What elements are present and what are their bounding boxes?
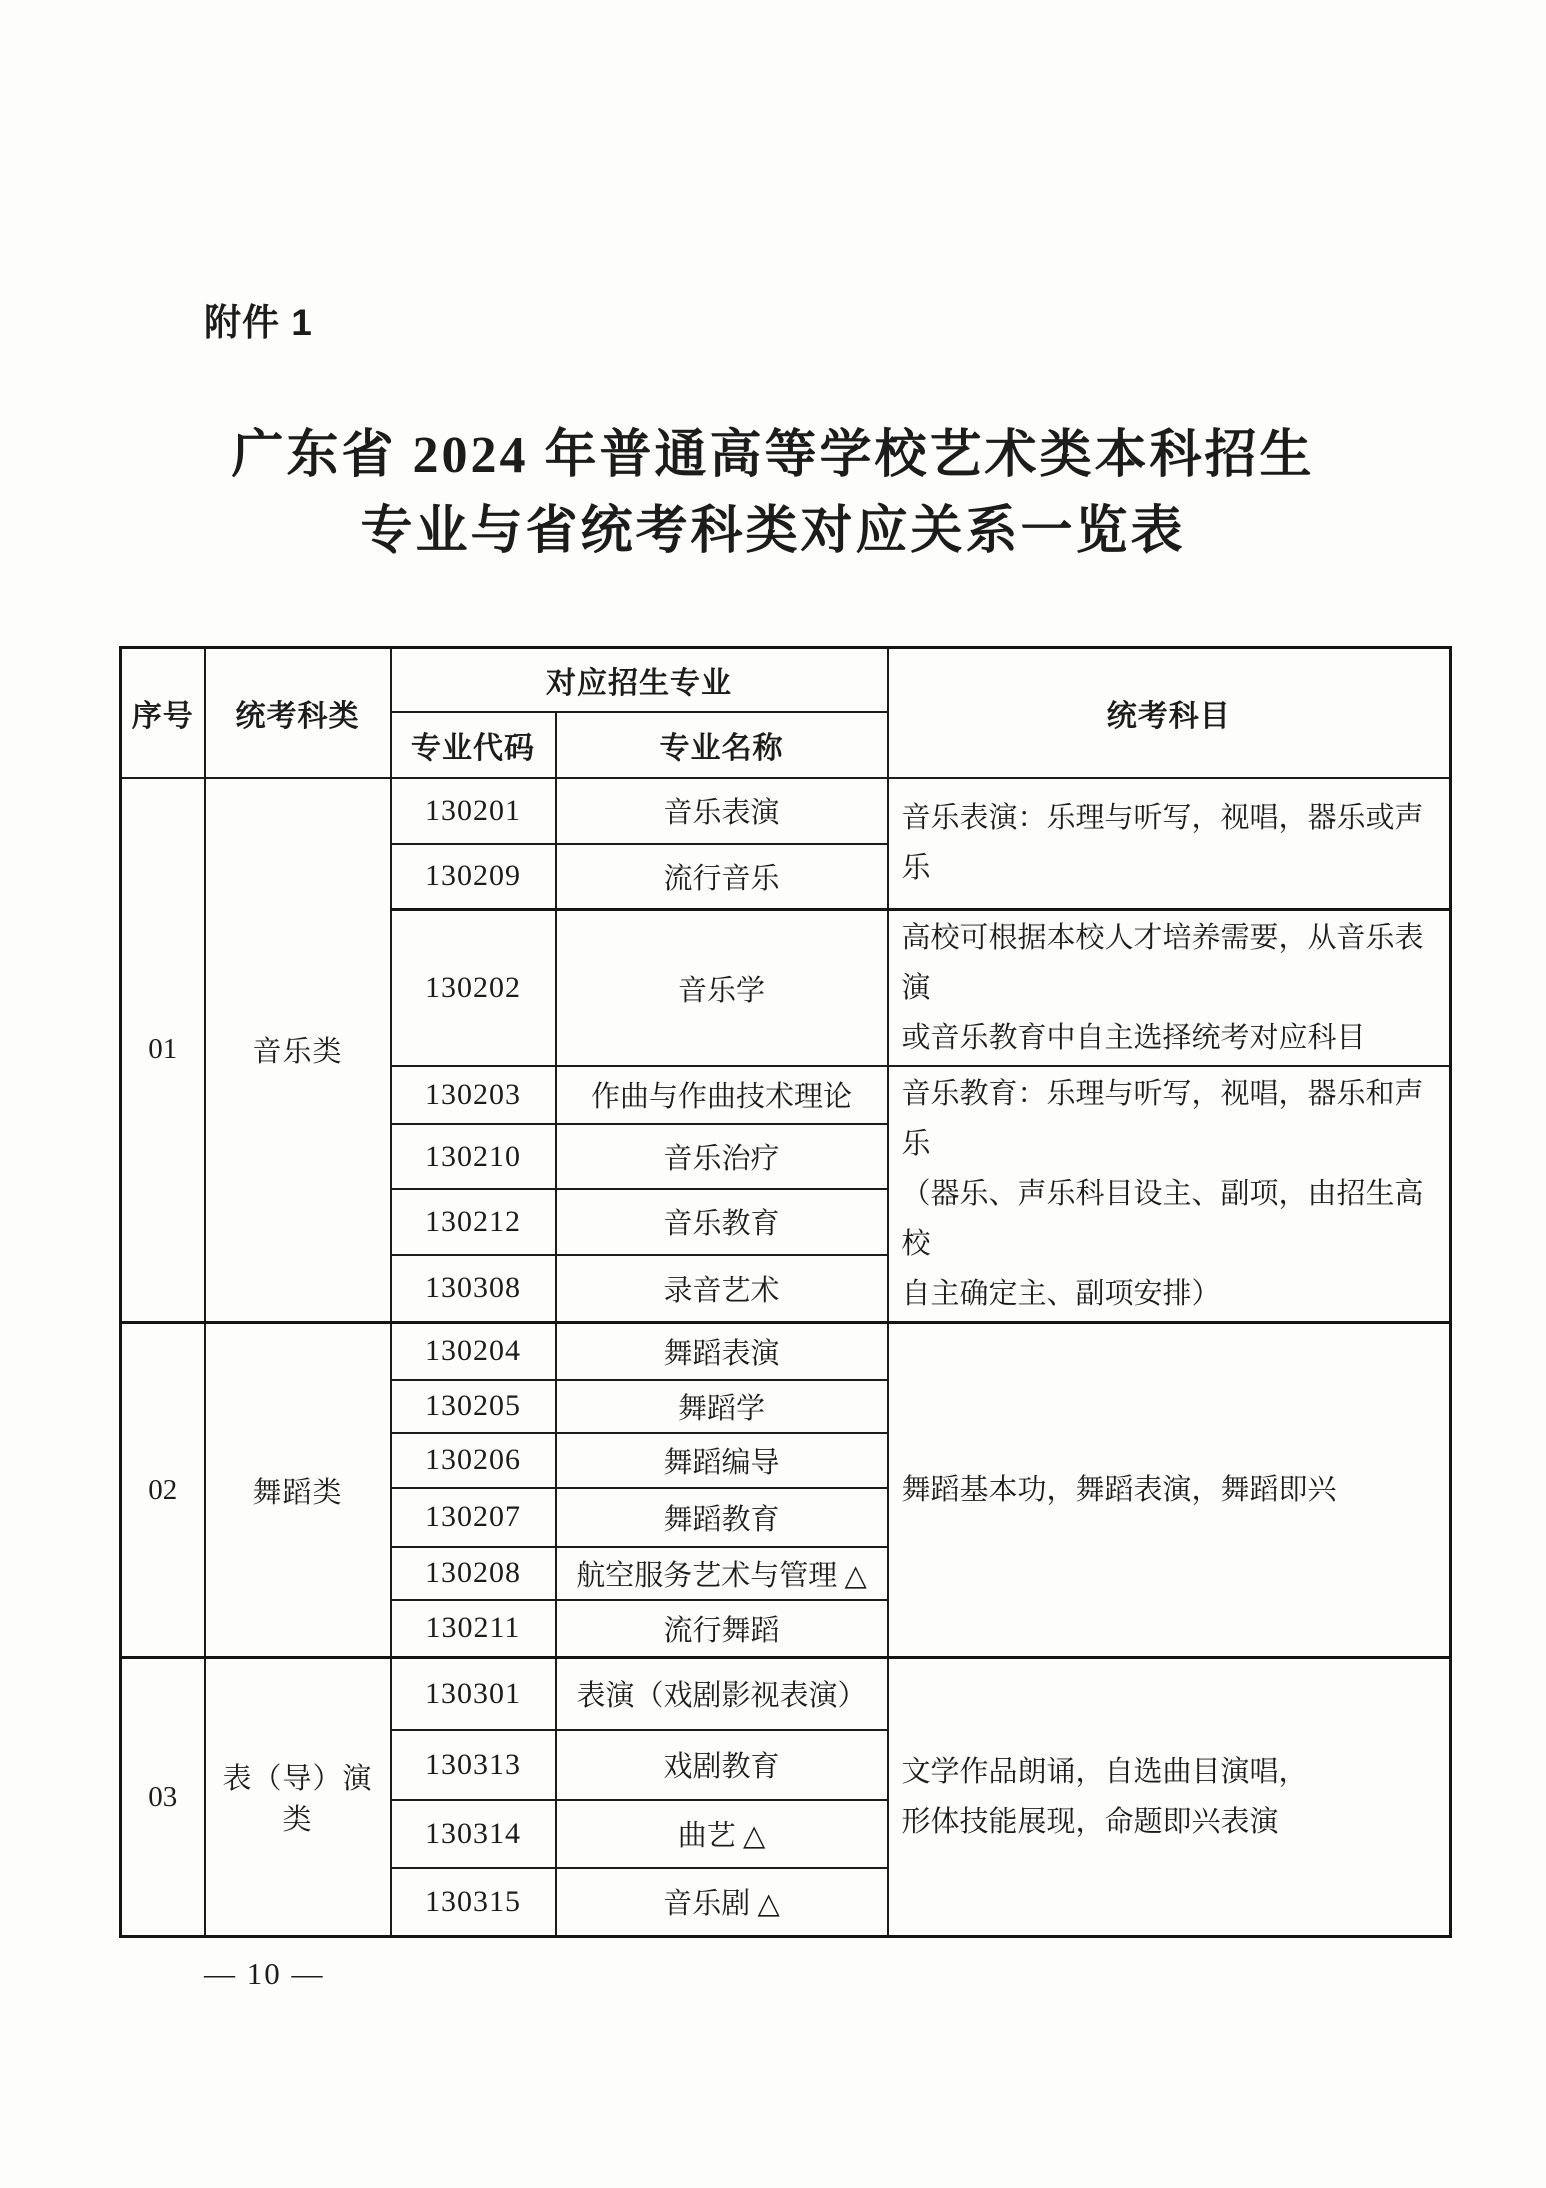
major-name: 音乐表演 xyxy=(556,778,888,844)
major-name: 流行舞蹈 xyxy=(556,1600,888,1658)
subjects-cell: 音乐表演：乐理与听写，视唱，器乐或声乐 xyxy=(888,778,1451,910)
major-name: 作曲与作曲技术理论 xyxy=(556,1066,888,1124)
major-name: 录音艺术 xyxy=(556,1255,888,1323)
section-seq: 03 xyxy=(121,1658,205,1937)
major-name: 音乐教育 xyxy=(556,1189,888,1254)
section-category: 表（导）演类 xyxy=(205,1658,391,1937)
header-major-name: 专业名称 xyxy=(556,712,888,778)
page-title-line2: 专业与省统考科类对应关系一览表 xyxy=(0,494,1546,570)
major-code: 130314 xyxy=(391,1800,556,1868)
section-seq: 01 xyxy=(121,778,205,1323)
major-code: 130207 xyxy=(391,1488,556,1547)
major-name: 舞蹈学 xyxy=(556,1380,888,1433)
mapping-table: 序号 统考科类 对应招生专业 统考科目 专业代码 专业名称 01 音乐类 130… xyxy=(119,646,1452,1938)
major-code: 130201 xyxy=(391,778,556,844)
major-code: 130212 xyxy=(391,1189,556,1254)
subjects-cell: 音乐教育：乐理与听写，视唱，器乐和声乐 （器乐、声乐科目设主、副项，由招生高校 … xyxy=(888,1066,1451,1323)
page-title-line1: 广东省 2024 年普通高等学校艺术类本科招生 xyxy=(0,418,1546,494)
section-category: 音乐类 xyxy=(205,778,391,1323)
major-name: 音乐学 xyxy=(556,910,888,1067)
major-name: 舞蹈编导 xyxy=(556,1433,888,1488)
major-name: 戏剧教育 xyxy=(556,1730,888,1800)
subjects-cell: 高校可根据本校人才培养需要，从音乐表演 或音乐教育中自主选择统考对应科目 xyxy=(888,910,1451,1067)
header-seq: 序号 xyxy=(121,648,205,778)
document-page: 附件 1 广东省 2024 年普通高等学校艺术类本科招生 专业与省统考科类对应关… xyxy=(0,0,1546,2188)
attachment-label: 附件 1 xyxy=(204,292,313,346)
major-name: 曲艺 △ xyxy=(556,1800,888,1868)
major-name: 舞蹈表演 xyxy=(556,1323,888,1380)
mapping-table-wrap: 序号 统考科类 对应招生专业 统考科目 专业代码 专业名称 01 音乐类 130… xyxy=(119,646,1452,1938)
major-code: 130313 xyxy=(391,1730,556,1800)
header-major-code: 专业代码 xyxy=(391,712,556,778)
page-number: — 10 — xyxy=(204,1956,325,1992)
header-category: 统考科类 xyxy=(205,648,391,778)
major-code: 130204 xyxy=(391,1323,556,1380)
subjects-cell: 舞蹈基本功，舞蹈表演，舞蹈即兴 xyxy=(888,1323,1451,1658)
table-row: 03 表（导）演类 130301 表演（戏剧影视表演） 文学作品朗诵，自选曲目演… xyxy=(121,1658,1451,1730)
major-code: 130203 xyxy=(391,1066,556,1124)
major-code: 130208 xyxy=(391,1547,556,1600)
subjects-cell: 文学作品朗诵，自选曲目演唱， 形体技能展现，命题即兴表演 xyxy=(888,1658,1451,1937)
major-code: 130301 xyxy=(391,1658,556,1730)
major-code: 130210 xyxy=(391,1124,556,1189)
major-name: 航空服务艺术与管理 △ xyxy=(556,1547,888,1600)
major-code: 130205 xyxy=(391,1380,556,1433)
table-row: 01 音乐类 130201 音乐表演 音乐表演：乐理与听写，视唱，器乐或声乐 xyxy=(121,778,1451,844)
major-name: 音乐治疗 xyxy=(556,1124,888,1189)
header-majors-group: 对应招生专业 xyxy=(391,648,888,712)
major-name: 流行音乐 xyxy=(556,844,888,910)
major-code: 130211 xyxy=(391,1600,556,1658)
major-name: 舞蹈教育 xyxy=(556,1488,888,1547)
page-title: 广东省 2024 年普通高等学校艺术类本科招生 专业与省统考科类对应关系一览表 xyxy=(0,418,1546,570)
major-name: 音乐剧 △ xyxy=(556,1868,888,1937)
section-seq: 02 xyxy=(121,1323,205,1658)
major-code: 130209 xyxy=(391,844,556,910)
major-code: 130206 xyxy=(391,1433,556,1488)
major-code: 130315 xyxy=(391,1868,556,1937)
section-category: 舞蹈类 xyxy=(205,1323,391,1658)
major-code: 130202 xyxy=(391,910,556,1067)
table-row: 02 舞蹈类 130204 舞蹈表演 舞蹈基本功，舞蹈表演，舞蹈即兴 xyxy=(121,1323,1451,1380)
header-subjects: 统考科目 xyxy=(888,648,1451,778)
major-name: 表演（戏剧影视表演） xyxy=(556,1658,888,1730)
major-code: 130308 xyxy=(391,1255,556,1323)
